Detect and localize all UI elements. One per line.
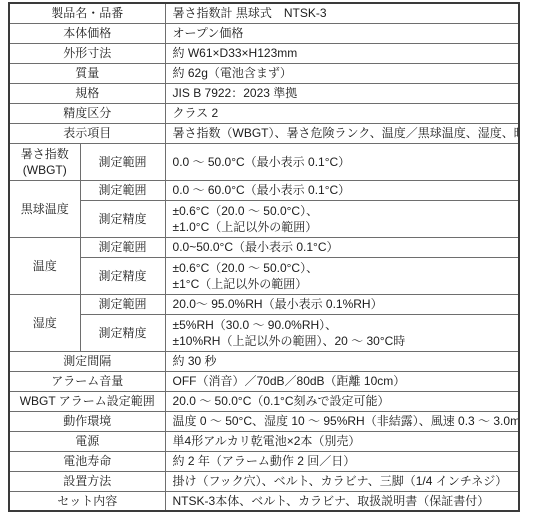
row-value: NTSK-3本体、ベルト、カラビナ、取扱説明書（保証書付） bbox=[165, 491, 519, 511]
row-value: 約 30 秒 bbox=[165, 351, 519, 371]
table-row: 測定間隔 約 30 秒 bbox=[9, 351, 519, 371]
table-row: 外形寸法 約 W61×D33×H123mm bbox=[9, 43, 519, 63]
table-row: 質量 約 62g（電池含まず） bbox=[9, 63, 519, 83]
row-value: 暑さ指数計 黒球式 NTSK-3 bbox=[165, 3, 519, 23]
sub-label: 測定精度 bbox=[80, 200, 165, 237]
table-row: 規格 JIS B 7922：2023 準拠 bbox=[9, 83, 519, 103]
table-row: 本体価格 オープン価格 bbox=[9, 23, 519, 43]
value-line: ±10%RH（上記以外の範囲）、20 ～ 30°C時 bbox=[173, 333, 515, 349]
group-label-temperature: 温度 bbox=[9, 237, 80, 294]
row-label: 測定間隔 bbox=[9, 351, 165, 371]
group-label-line: 暑さ指数 bbox=[14, 146, 76, 162]
table-row: 暑さ指数 (WBGT) 測定範囲 0.0 ～ 50.0°C（最小表示 0.1°C… bbox=[9, 143, 519, 180]
row-value: 20.0～ 95.0%RH（最小表示 0.1%RH） bbox=[165, 294, 519, 314]
table-row: 表示項目 暑さ指数（WBGT）、暑さ危険ランク、温度／黒球温度、湿度、時計 bbox=[9, 123, 519, 143]
row-value: オープン価格 bbox=[165, 23, 519, 43]
table-row: セット内容 NTSK-3本体、ベルト、カラビナ、取扱説明書（保証書付） bbox=[9, 491, 519, 511]
row-label: 電源 bbox=[9, 431, 165, 451]
row-value: 暑さ指数（WBGT）、暑さ危険ランク、温度／黒球温度、湿度、時計 bbox=[165, 123, 519, 143]
group-label-wbgt: 暑さ指数 (WBGT) bbox=[9, 143, 80, 180]
table-row: 測定精度 ±0.6°C（20.0 ～ 50.0°C）、 ±1°C（上記以外の範囲… bbox=[9, 257, 519, 294]
value-line: ±0.6°C（20.0 ～ 50.0°C）、 bbox=[173, 203, 515, 219]
row-value: 0.0 ～ 50.0°C（最小表示 0.1°C） bbox=[165, 143, 519, 180]
row-value: 掛け（フック穴）、ベルト、カラビナ、三脚（1/4 インチネジ） bbox=[165, 471, 519, 491]
value-line: ±1.0°C（上記以外の範囲） bbox=[173, 219, 515, 235]
row-label: 電池寿命 bbox=[9, 451, 165, 471]
row-value: 0.0 ～ 60.0°C（最小表示 0.1°C） bbox=[165, 180, 519, 200]
table-row: 黒球温度 測定範囲 0.0 ～ 60.0°C（最小表示 0.1°C） bbox=[9, 180, 519, 200]
table-row: 精度区分 クラス 2 bbox=[9, 103, 519, 123]
table-row: 測定精度 ±0.6°C（20.0 ～ 50.0°C）、 ±1.0°C（上記以外の… bbox=[9, 200, 519, 237]
group-label-line: (WBGT) bbox=[14, 162, 76, 178]
row-value: 約 62g（電池含まず） bbox=[165, 63, 519, 83]
row-value: 約 2 年（アラーム動作 2 回／日） bbox=[165, 451, 519, 471]
table-row: 動作環境 温度 0 ～ 50°C、湿度 10 ～ 95%RH（非結露）、風速 0… bbox=[9, 411, 519, 431]
group-label-humidity: 湿度 bbox=[9, 294, 80, 351]
table-row: 製品名・品番 暑さ指数計 黒球式 NTSK-3 bbox=[9, 3, 519, 23]
row-value: ±5%RH（30.0 ～ 90.0%RH）、 ±10%RH（上記以外の範囲）、2… bbox=[165, 314, 519, 351]
row-label: 規格 bbox=[9, 83, 165, 103]
row-value: OFF（消音）／70dB／80dB（距離 10cm） bbox=[165, 371, 519, 391]
row-label: アラーム音量 bbox=[9, 371, 165, 391]
sub-label: 測定範囲 bbox=[80, 180, 165, 200]
row-label: 表示項目 bbox=[9, 123, 165, 143]
row-value: クラス 2 bbox=[165, 103, 519, 123]
row-label: 動作環境 bbox=[9, 411, 165, 431]
sub-label: 測定範囲 bbox=[80, 294, 165, 314]
table-row: 湿度 測定範囲 20.0～ 95.0%RH（最小表示 0.1%RH） bbox=[9, 294, 519, 314]
table-row: 電池寿命 約 2 年（アラーム動作 2 回／日） bbox=[9, 451, 519, 471]
row-value: 温度 0 ～ 50°C、湿度 10 ～ 95%RH（非結露）、風速 0.3 ～ … bbox=[165, 411, 519, 431]
table-row: 設置方法 掛け（フック穴）、ベルト、カラビナ、三脚（1/4 インチネジ） bbox=[9, 471, 519, 491]
row-label: セット内容 bbox=[9, 491, 165, 511]
row-value: 単4形アルカリ乾電池×2本（別売） bbox=[165, 431, 519, 451]
row-label: 本体価格 bbox=[9, 23, 165, 43]
row-label: 外形寸法 bbox=[9, 43, 165, 63]
table-row: WBGT アラーム設定範囲 20.0 ～ 50.0°C（0.1°C刻みで設定可能… bbox=[9, 391, 519, 411]
table-row: 電源 単4形アルカリ乾電池×2本（別売） bbox=[9, 431, 519, 451]
sub-label: 測定範囲 bbox=[80, 143, 165, 180]
spec-sheet-page: 製品名・品番 暑さ指数計 黒球式 NTSK-3 本体価格 オープン価格 外形寸法… bbox=[0, 0, 536, 528]
group-label-globe-temp: 黒球温度 bbox=[9, 180, 80, 237]
spec-table: 製品名・品番 暑さ指数計 黒球式 NTSK-3 本体価格 オープン価格 外形寸法… bbox=[8, 2, 520, 512]
row-value: 20.0 ～ 50.0°C（0.1°C刻みで設定可能） bbox=[165, 391, 519, 411]
row-value: 約 W61×D33×H123mm bbox=[165, 43, 519, 63]
row-label: 質量 bbox=[9, 63, 165, 83]
row-label: 精度区分 bbox=[9, 103, 165, 123]
row-value: ±0.6°C（20.0 ～ 50.0°C）、 ±1.0°C（上記以外の範囲） bbox=[165, 200, 519, 237]
row-label: 設置方法 bbox=[9, 471, 165, 491]
row-value: ±0.6°C（20.0 ～ 50.0°C）、 ±1°C（上記以外の範囲） bbox=[165, 257, 519, 294]
table-row: 測定精度 ±5%RH（30.0 ～ 90.0%RH）、 ±10%RH（上記以外の… bbox=[9, 314, 519, 351]
sub-label: 測定精度 bbox=[80, 257, 165, 294]
row-label: WBGT アラーム設定範囲 bbox=[9, 391, 165, 411]
value-line: ±0.6°C（20.0 ～ 50.0°C）、 bbox=[173, 260, 515, 276]
table-row: アラーム音量 OFF（消音）／70dB／80dB（距離 10cm） bbox=[9, 371, 519, 391]
sub-label: 測定範囲 bbox=[80, 237, 165, 257]
value-line: ±5%RH（30.0 ～ 90.0%RH）、 bbox=[173, 317, 515, 333]
row-label: 製品名・品番 bbox=[9, 3, 165, 23]
sub-label: 測定精度 bbox=[80, 314, 165, 351]
row-value: 0.0~50.0°C（最小表示 0.1°C） bbox=[165, 237, 519, 257]
table-row: 温度 測定範囲 0.0~50.0°C（最小表示 0.1°C） bbox=[9, 237, 519, 257]
value-line: ±1°C（上記以外の範囲） bbox=[173, 276, 515, 292]
row-value: JIS B 7922：2023 準拠 bbox=[165, 83, 519, 103]
